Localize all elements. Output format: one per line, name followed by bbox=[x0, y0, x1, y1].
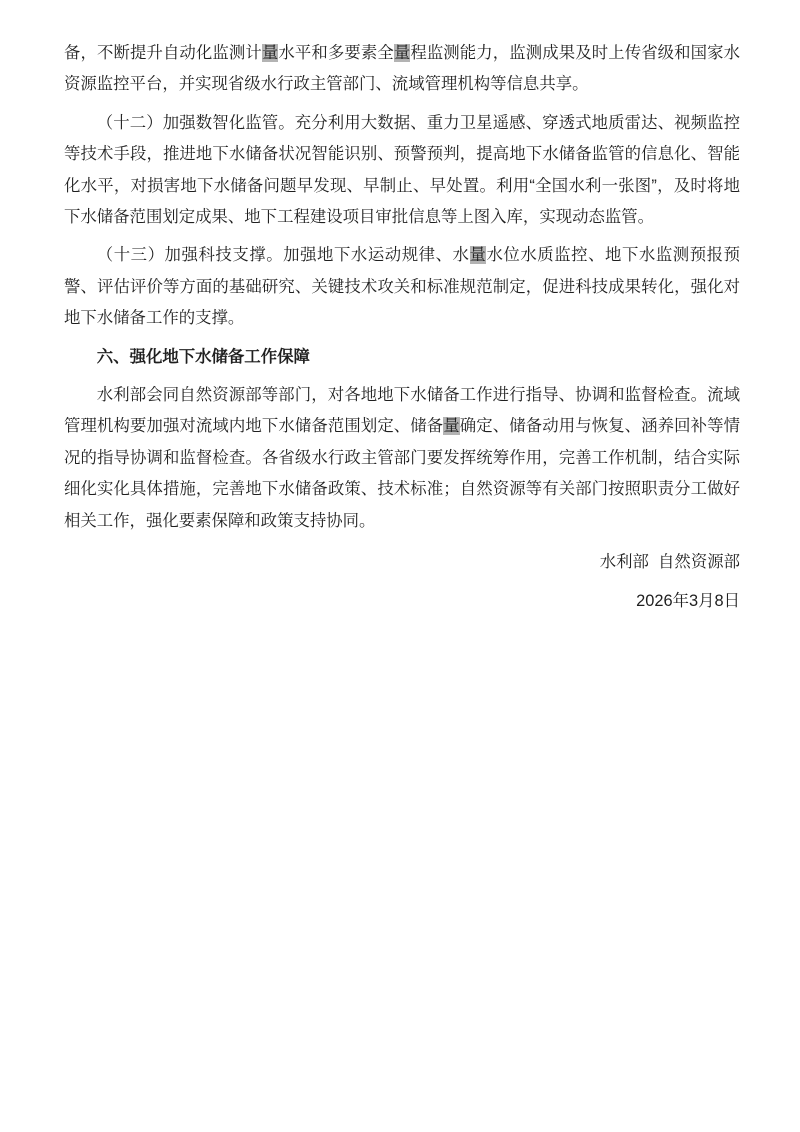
search-match-highlight: 量 bbox=[394, 44, 411, 62]
signature-line: 水利部 自然资源部 bbox=[64, 547, 740, 578]
paragraph-continuation: 备，不断提升自动化监测计量水平和多要素全量程监测能力，监测成果及时上传省级和国家… bbox=[64, 38, 740, 101]
section-heading-six: 六、强化地下水储备工作保障 bbox=[64, 342, 740, 373]
search-match-highlight: 量 bbox=[470, 246, 487, 264]
paragraph-work-safeguard: 水利部会同自然资源部等部门，对各地地下水储备工作进行指导、协调和监督检查。流域管… bbox=[64, 380, 740, 537]
search-match-highlight: 量 bbox=[443, 417, 460, 435]
document-page: 备，不断提升自动化监测计量水平和多要素全量程监测能力，监测成果及时上传省级和国家… bbox=[0, 0, 800, 1132]
date-line: 2026年3月8日 bbox=[64, 586, 740, 617]
paragraph-item-13-tech-support: （十三）加强科技支撑。加强地下水运动规律、水量水位水质监控、地下水监测预报预警、… bbox=[64, 240, 740, 334]
paragraph-item-12-digital-supervision: （十二）加强数智化监管。充分利用大数据、重力卫星遥感、穿透式地质雷达、视频监控等… bbox=[64, 108, 740, 234]
search-match-highlight: 量 bbox=[262, 44, 279, 62]
